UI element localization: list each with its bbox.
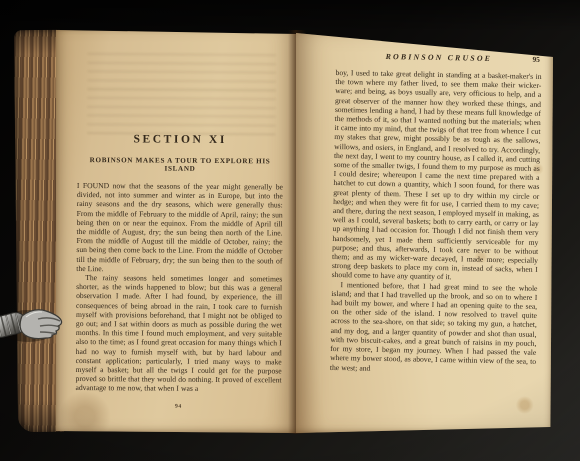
showthrough-text-ghost <box>87 53 276 142</box>
page-number: 95 <box>532 55 540 64</box>
running-header-title: ROBINSON CRUSOE <box>336 51 542 64</box>
right-paragraph-1: boy, I used to take great delight in sta… <box>332 68 542 284</box>
left-folio: 94 <box>75 403 281 410</box>
left-page: SECTION XI ROBINSON MAKES A TOUR TO EXPL… <box>56 27 296 433</box>
chapter-title: ROBINSON MAKES A TOUR TO EXPLORE HIS ISL… <box>77 156 283 173</box>
left-paragraph-1: I FOUND now that the seasons of the year… <box>76 181 283 274</box>
running-head: ROBINSON CRUSOE 95 <box>336 51 542 67</box>
metal-hand-clasp-icon <box>0 286 66 358</box>
left-paragraph-2: The rainy seasons held sometimes longer … <box>75 273 282 394</box>
right-paragraph-2: I mentioned before, that I had great min… <box>330 280 538 376</box>
photo-background: SECTION XI ROBINSON MAKES A TOUR TO EXPL… <box>0 0 580 461</box>
section-heading: SECTION XI <box>77 133 283 146</box>
right-page: ROBINSON CRUSOE 95 boy, I used to take g… <box>296 33 553 433</box>
